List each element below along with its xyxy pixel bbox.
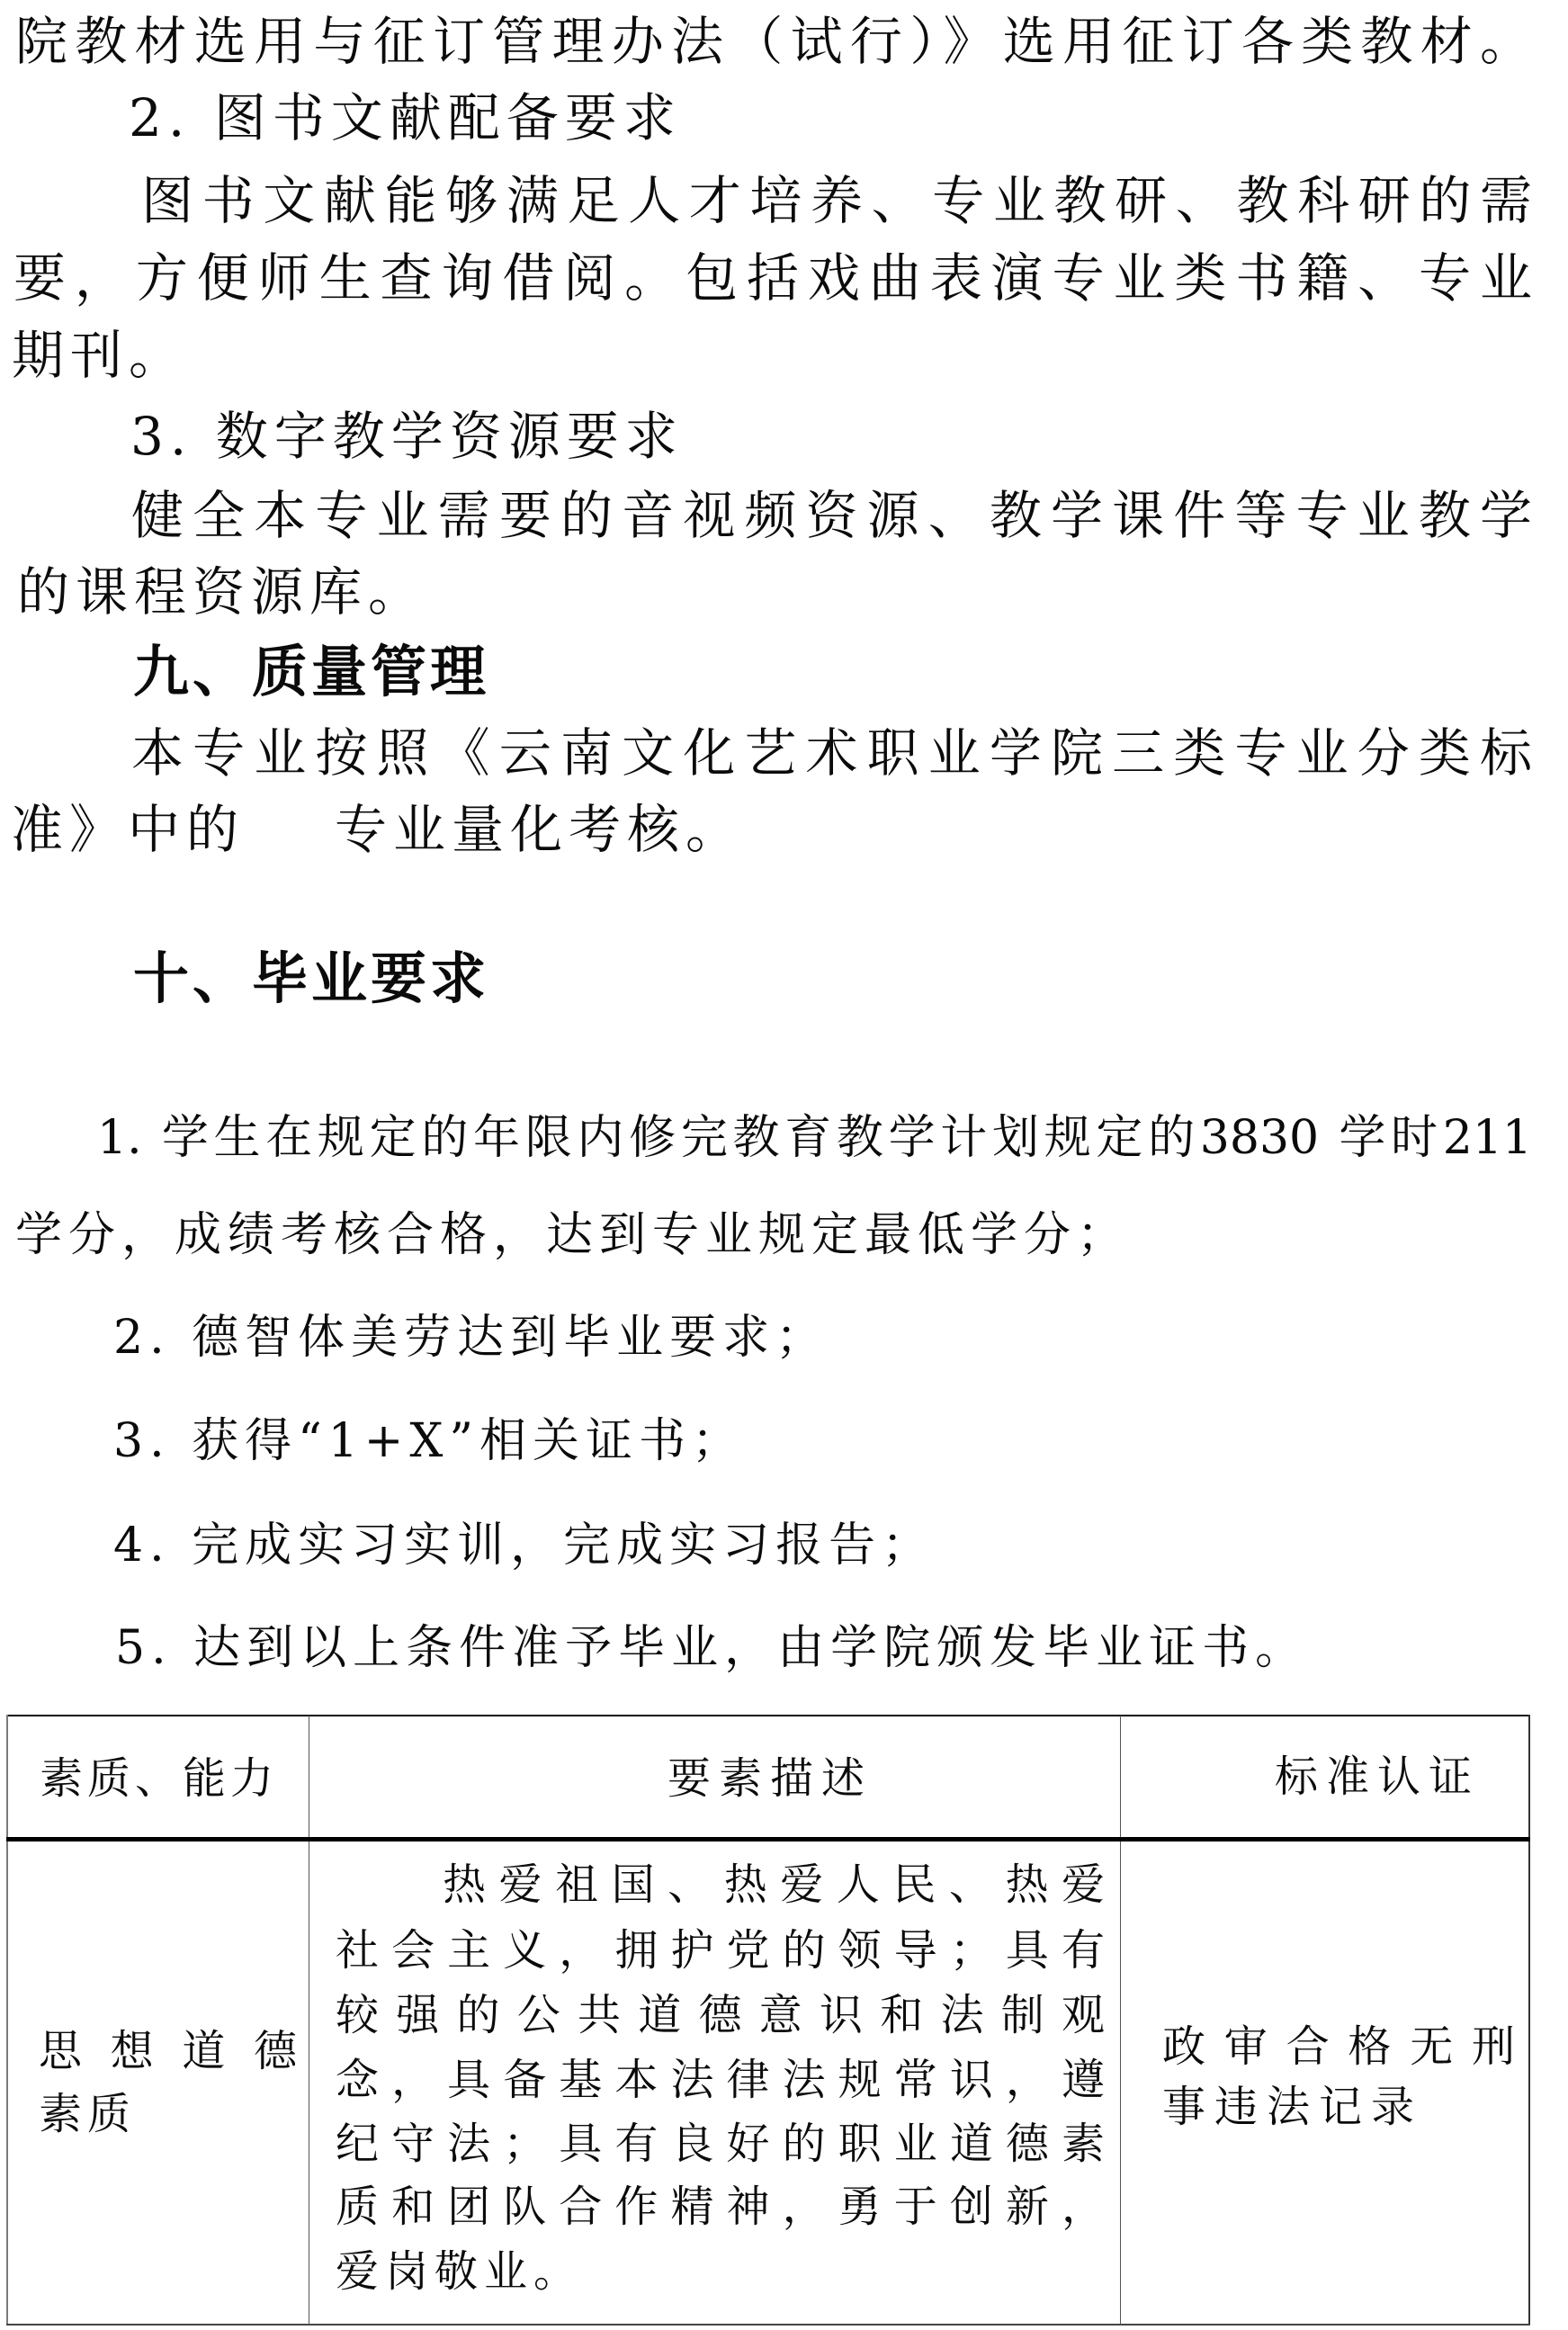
graduation-item-2: 2. 德智体美劳达到毕业要求；	[113, 1309, 829, 1367]
table-header-certification: 标准认证	[1275, 1750, 1480, 1804]
graduation-item-1-continued: 学分，成绩考核合格，达到专业规定最低学分；	[15, 1206, 1130, 1264]
graduation-item-4: 4. 完成实习实训，完成实习报告；	[113, 1517, 935, 1574]
quality-line-part: 专业量化考核。	[335, 798, 744, 861]
digital-paragraph-line: 健全本专业需要的音视频资源、教学课件等专业教学	[131, 484, 1532, 547]
cell-line: 纪守法；具有良好的职业道德素	[336, 2117, 1105, 2171]
cell-line: 较强的公共道德意识和法制观	[336, 1988, 1105, 2042]
section-heading-graduation-requirements: 十、毕业要求	[133, 945, 489, 1012]
library-paragraph-line: 要，方便师生查询借阅。包括戏曲表演专业类书籍、专业	[13, 246, 1532, 309]
subheading-library-requirements: 2. 图书文献配备要求	[129, 86, 682, 149]
cell-line: 质和团队合作精神，勇于创新，	[336, 2180, 1105, 2234]
subheading-digital-resources: 3. 数字教学资源要求	[130, 405, 684, 468]
table-header-rule	[6, 1837, 1530, 1842]
quality-paragraph-line: 本专业按照《云南文化艺术职业学院三类专业分类标	[131, 721, 1532, 784]
table-border-left	[6, 1715, 8, 2326]
table-border-right	[1528, 1715, 1530, 2326]
cell-line: 爱岗敬业。	[336, 2245, 583, 2299]
graduation-item-1: 1. 学生在规定的年限内修完教育教学计划规定的3830 学时211	[97, 1109, 1532, 1167]
digital-paragraph-line: 的课程资源库。	[17, 560, 426, 623]
quality-paragraph-line: 准》中的 专业量化考核。	[11, 798, 730, 861]
cell-line: 社会主义，拥护党的领导；具有	[336, 1923, 1105, 1977]
cell-line: 素质	[39, 2087, 136, 2141]
cell-line: 念，具备基本法律法规常识，遵	[336, 2053, 1105, 2107]
document-page: 院教材选用与征订管理办法（试行）》选用征订各类教材。 2. 图书文献配备要求 图…	[0, 0, 1568, 2330]
continuation-paragraph-line: 院教材选用与征订管理办法（试行）》选用征订各类教材。	[15, 10, 1532, 73]
table-header-description: 要素描述	[668, 1752, 873, 1806]
cell-line: 热爱祖国、热爱人民、热爱	[443, 1858, 1105, 1912]
section-heading-quality-management: 九、质量管理	[133, 639, 489, 705]
cell-line: 事违法记录	[1162, 2080, 1423, 2134]
quality-line-part: 准》中的	[11, 799, 245, 860]
table-border-bottom	[6, 2324, 1530, 2326]
table-header-quality: 素质、能力	[40, 1752, 278, 1806]
table-column-divider	[1120, 1716, 1121, 2325]
table-column-divider	[309, 1716, 309, 2325]
graduation-item-5: 5. 达到以上条件准予毕业，由学院颁发毕业证书。	[115, 1619, 1308, 1677]
cell-line: 政审合格无刑	[1162, 2020, 1515, 2074]
cell-line: 思想道德	[39, 2024, 297, 2078]
graduation-item-3: 3. 获得“1+X”相关证书；	[113, 1412, 745, 1470]
library-paragraph-line: 期刊。	[12, 324, 187, 387]
library-paragraph-line: 图书文献能够满足人才培养、专业教研、教科研的需	[141, 169, 1532, 232]
table-border-top	[6, 1715, 1530, 1716]
